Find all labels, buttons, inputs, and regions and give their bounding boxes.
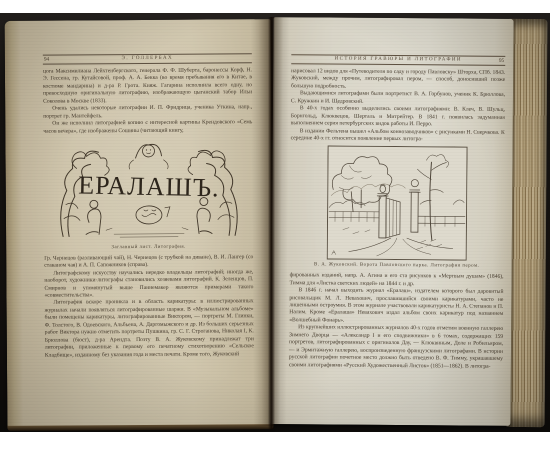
eralash-title-figure: ЕРАЛАШЪ.: [55, 137, 242, 242]
paragraph: нарисовал 12 видов для «Путеводителя по …: [291, 68, 505, 92]
paragraph: В издании Фельтена вышел «Альбом конноза…: [291, 128, 505, 145]
left-page: 94 Э. ГОЛЛЕРБАХ цога Максимилиана Лейхте…: [5, 19, 274, 428]
eralash-lettering: ЕРАЛАШЪ.: [78, 170, 220, 202]
figure-caption: Заглавный лист. Литография.: [44, 244, 253, 251]
book-photograph: 94 Э. ГОЛЛЕРБАХ цога Максимилиана Лейхте…: [0, 0, 550, 450]
paragraph: цога Максимилиана Лейхтенбергского, гене…: [43, 67, 252, 106]
figure-caption: В. А. Жуковский. Ворота Павловского парк…: [290, 263, 504, 271]
left-running-head: 94 Э. ГОЛЛЕРБАХ: [43, 53, 252, 64]
paragraph: В 40-х годах особенно выделились своими …: [291, 105, 505, 129]
left-text-top: цога Максимилиана Лейхтенбергского, гене…: [43, 67, 252, 135]
photo-area: 94 Э. ГОЛЛЕРБАХ цога Максимилиана Лейхте…: [0, 13, 550, 432]
left-text-bottom: Гр. Чернецов (разливающий чай), Н. Черне…: [44, 254, 254, 360]
paragraph: Литография вскоре проникла и в область к…: [45, 299, 254, 360]
paragraph: Очень удались некоторые литографии И. П.…: [43, 104, 252, 120]
paragraph: Гр. Чернецов (разливающий чай), Н. Черне…: [44, 254, 253, 270]
book-gutter: [268, 17, 275, 429]
right-text-bottom: фированных изданий, напр. А. Агина и его…: [289, 272, 504, 370]
paragraph: Он же исполнил литографией копию с интер…: [43, 119, 252, 135]
paragraph: Из крупнейших иллюстрированных журналов …: [289, 325, 503, 371]
paragraph: Литографскому искусству научались нередк…: [44, 269, 253, 300]
right-running-head: ИСТОРИЯ ГРАВЮРЫ И ЛИТОГРАФИИ 95: [291, 54, 505, 66]
right-page: ИСТОРИЯ ГРАВЮРЫ И ЛИТОГРАФИИ 95 нарисова…: [270, 17, 513, 426]
page-number: 95: [499, 59, 504, 64]
right-text-top: нарисовал 12 видов для «Путеводителя по …: [291, 68, 506, 144]
pavlovsk-gate-figure: [327, 146, 468, 261]
paragraph: В 1846 г. начал выходить журнал «Ералаш»…: [289, 287, 503, 326]
running-head-title: ИСТОРИЯ ГРАВЮРЫ И ЛИТОГРАФИИ: [291, 56, 505, 63]
running-head-title: Э. ГОЛЛЕРБАХ: [43, 55, 252, 61]
page-number: 94: [44, 58, 49, 63]
